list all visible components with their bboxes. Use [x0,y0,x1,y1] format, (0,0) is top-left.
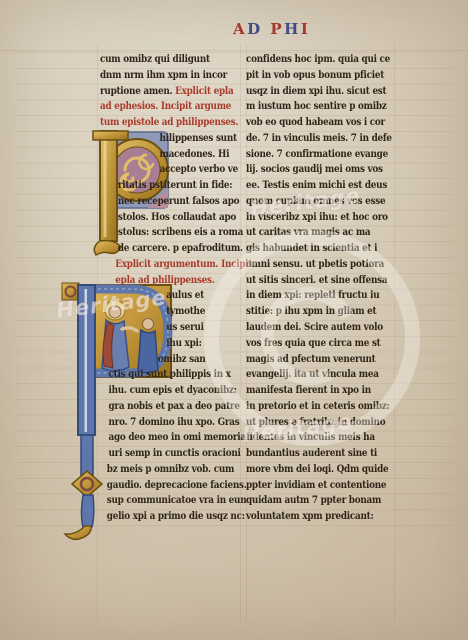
text-line: gra nobis et pax a deo patre [100,399,219,415]
text-line: stitie: p ihu xpm in gliam et [246,304,372,320]
body-text: tymothe [166,305,205,317]
text-column-right: confidens hoc ipm. quia qui cepit in vob… [246,52,394,525]
text-line: uri semp in cunctis oracioni [100,446,219,462]
body-text: omibz san [158,353,206,365]
body-text: bundantius auderent sine ti [246,447,377,459]
text-line: gaudio. deprecacione faciens. [100,478,219,494]
text-line: hilippenses sunt [100,131,219,147]
text-line: in visceribz xpi ihu: et hoc oro [246,210,372,226]
text-line: ruptione amen. Explicit epla [100,84,219,100]
body-text: stolus: scribens eis a roma [118,226,243,238]
running-title-letter: H [284,20,301,38]
text-line: magis ad pfectum venerunt [246,352,372,368]
body-text: ihu. cum epis et dyaconibz: [109,384,237,396]
body-text: confidens hoc ipm. quia qui ce [246,53,390,65]
text-line: stolos. Hos collaudat apo [100,210,219,226]
manuscript-page-photo: AD PHI [0,0,468,640]
text-line: laudem dei. Scire autem volo [246,320,372,336]
rubric-text: epla ad philippenses. [115,274,214,286]
body-text: ut caritas vra magis ac ma [246,226,370,238]
body-text: gaudio. deprecacione faciens. [107,479,247,491]
text-line: sup communicatoe vra in eun [100,493,219,509]
text-line: ihu. cum epis et dyaconibz: [100,383,219,399]
text-line: accepto verbo ve [100,162,219,178]
ruling-line-vertical [394,44,395,622]
text-line: ago deo meo in omi memoria [100,430,219,446]
text-line: confidens hoc ipm. quia qui ce [246,52,372,68]
text-line: lij. socios gaudij mei oms vos [246,162,372,178]
text-line: gis habundet in scientia et i [246,241,372,257]
text-line: bz meis p omnibz vob. cum [100,462,219,478]
rubric-text: Explicit epla [175,85,233,97]
text-line: evangelij. ita ut vincula mea [246,367,372,383]
body-text: laudem dei. Scire autem volo [246,321,383,333]
body-text: ee. Testis enim michi est deus [246,179,387,191]
text-line: aulus et [100,288,219,304]
text-line: ut sitis sinceri. et sine offensa [246,273,372,289]
text-line: dnm nrm ihm xpm in incor [100,68,219,84]
body-text: manifesta fierent in xpo in [246,384,371,396]
text-line: quidam autm 7 ppter bonam [246,493,372,509]
text-line: in pretorio et in ceteris omibz: [246,399,372,415]
text-line: tymothe [100,304,219,320]
text-line: manifesta fierent in xpo in [246,383,372,399]
text-line: in diem xpi: repleti fructu iu [246,288,372,304]
body-text: hilippenses sunt [160,132,237,144]
text-line: ihu xpi: [100,336,219,352]
text-line: epla ad philippenses. [100,273,219,289]
ruling-line-vertical [240,44,241,622]
body-text: dnm nrm ihm xpm in incor [100,69,227,81]
body-text: in diem xpi: repleti fructu iu [246,289,379,301]
body-text: more vbm dei loqi. Qdm quide [246,463,388,475]
running-title-letter: D [247,20,263,38]
text-line: ritatis pstiterunt in fide: [100,178,219,194]
text-line: usqz in diem xpi ihu. sicut est [246,84,372,100]
text-line: gelio xpi a primo die usqz nc: [100,509,219,525]
text-line: omibz san [100,352,219,368]
text-line: vos fres quia que circa me st [246,336,372,352]
body-text: gelio xpi a primo die usqz nc: [107,510,245,522]
text-line: fidentes in vinculis meis ha [246,430,372,446]
text-line: vob eo quod habeam vos i cor [246,115,372,131]
text-line: ad ephesios. Incipit argume [100,99,219,115]
text-line: stolus: scribens eis a roma [100,225,219,241]
running-title-letter: I [301,20,311,38]
body-text: ritatis pstiterunt in fide: [118,179,232,191]
text-column-left: cum omibz qui diliguntdnm nrm ihm xpm in… [100,52,240,525]
body-text: ihu xpi: [166,337,201,349]
body-text: voluntatem xpm predicant: [246,510,373,522]
rubric-text: tum epistole ad philippenses. [100,116,238,128]
rubric-text: Explicit argumentum. Incipit [115,258,252,270]
text-line: ctis qui sunt philippis in x [100,367,219,383]
body-text: in visceribz xpi ihu: et hoc oro [246,211,388,223]
running-title-letter [263,20,271,38]
body-text: usqz in diem xpi ihu. sicut est [246,85,386,97]
text-line: bundantius auderent sine ti [246,446,372,462]
running-title-letter: P [270,20,284,38]
text-line: ppter invidiam et contentione [246,478,372,494]
body-text: de carcere. p epafroditum. [118,242,243,254]
body-text: m iustum hoc sentire p omibz [246,100,387,112]
body-text: gis habundet in scientia et i [246,242,377,254]
text-line: tum epistole ad philippenses. [100,115,219,131]
body-text: lij. socios gaudij mei oms vos [246,163,383,175]
body-text: ppter invidiam et contentione [246,479,386,491]
body-text: bz meis p omnibz vob. cum [107,463,234,475]
body-text: sione. 7 confirmatione evange [246,148,388,160]
body-text: us serui [166,321,203,333]
text-line: pit in vob opus bonum pficiet [246,68,372,84]
body-text: quidam autm 7 ppter bonam [246,494,381,506]
body-text: de. 7 in vinculis meis. 7 in defe [246,132,392,144]
rubric-text: ad ephesios. Incipit argume [100,100,231,112]
text-line: nec receperunt falsos apo [100,194,219,210]
body-text: aulus et [166,289,204,301]
body-text: stolos. Hos collaudat apo [118,211,236,223]
ruling-line-top [0,50,468,51]
body-text: vob eo quod habeam vos i cor [246,116,385,128]
text-line: more vbm dei loqi. Qdm quide [246,462,372,478]
text-line: ut plures e fratribz in domino [246,415,372,431]
body-text: ctis qui sunt philippis in x [109,368,231,380]
text-line: Explicit argumentum. Incipit [100,257,219,273]
body-text: nec receperunt falsos apo [118,195,239,207]
body-text: accepto verbo ve [160,163,239,175]
body-text: magis ad pfectum venerunt [246,353,376,365]
running-title-letter: A [233,20,247,38]
body-text: gra nobis et pax a deo patre [109,400,240,412]
text-line: quom cupiam omnes vos esse [246,194,372,210]
body-text: stitie: p ihu xpm in gliam et [246,305,376,317]
text-line: de. 7 in vinculis meis. 7 in defe [246,131,372,147]
body-text: ut plures e fratribz in domino [246,416,385,428]
body-text: fidentes in vinculis meis ha [246,431,375,443]
running-title: AD PHI [233,20,310,38]
body-text: quom cupiam omnes vos esse [246,195,385,207]
text-line: macedones. Hi [100,147,219,163]
text-line: ut caritas vra magis ac ma [246,225,372,241]
text-line: cum omibz qui diligunt [100,52,219,68]
text-line: omni sensu. ut pbetis potiora [246,257,372,273]
text-line: sione. 7 confirmatione evange [246,147,372,163]
body-text: uri semp in cunctis oracioni [109,447,241,459]
body-text: cum omibz qui diligunt [100,53,210,65]
text-line: ee. Testis enim michi est deus [246,178,372,194]
body-text: in pretorio et in ceteris omibz: [246,400,390,412]
body-text: vos fres quia que circa me st [246,337,380,349]
text-line: us serui [100,320,219,336]
body-text: ut sitis sinceri. et sine offensa [246,274,387,286]
text-line: nro. 7 domino ihu xpo. Gras [100,415,219,431]
body-text: macedones. Hi [160,148,230,160]
body-text: pit in vob opus bonum pficiet [246,69,384,81]
text-line: voluntatem xpm predicant: [246,509,372,525]
text-line: de carcere. p epafroditum. [100,241,219,257]
text-line: m iustum hoc sentire p omibz [246,99,372,115]
body-text: evangelij. ita ut vincula mea [246,368,379,380]
body-text: omni sensu. ut pbetis potiora [246,258,384,270]
body-text: ago deo meo in omi memoria [109,431,246,443]
body-text: sup communicatoe vra in eun [107,494,247,506]
body-text: nro. 7 domino ihu xpo. Gras [109,416,240,428]
body-text: ruptione amen. [100,85,175,97]
